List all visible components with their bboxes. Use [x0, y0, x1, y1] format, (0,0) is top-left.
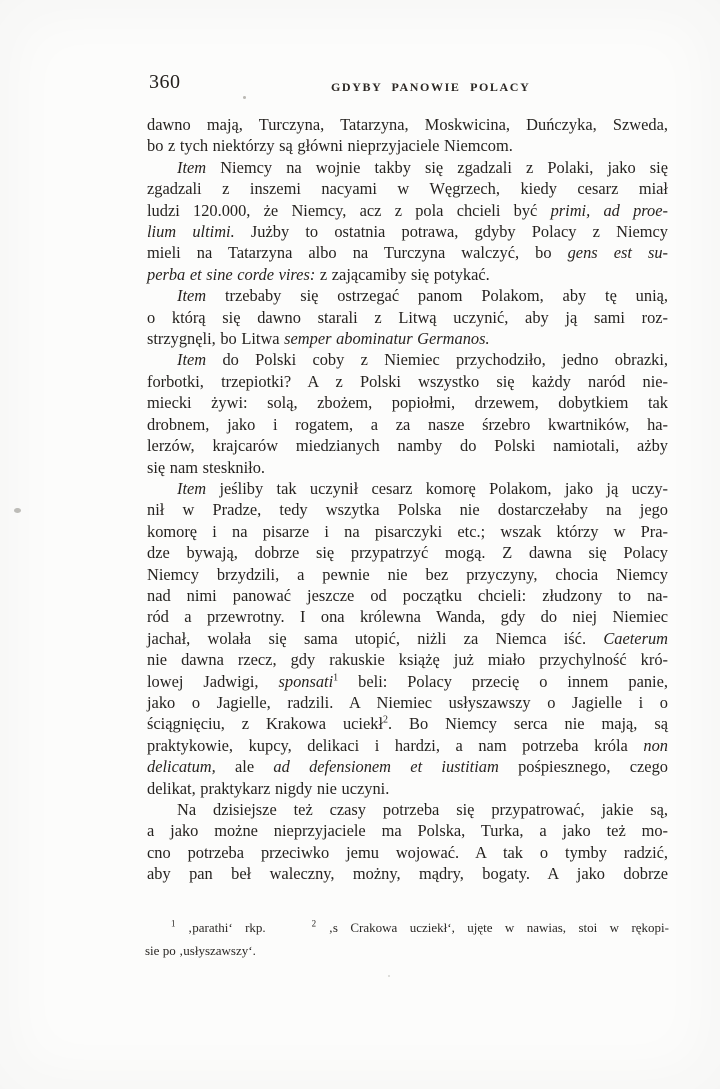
text-run: z zającamiby się potykać. — [315, 265, 489, 284]
text-run: jachał, wolała się sama utopić, niżli za… — [147, 629, 603, 648]
text-line: nił w Pradze, tedy wszytka Polska nie do… — [147, 499, 668, 520]
text-line: dawno mają, Turczyna, Tatarzyna, Moskwic… — [147, 114, 668, 135]
text-run: primi, ad proe- — [551, 201, 668, 220]
text-run: drobnem, jako i rogatem, a za nasze śrze… — [147, 415, 668, 434]
text-line: jachał, wolała się sama utopić, niżli za… — [147, 628, 668, 649]
text-line: a jako możne nieprzyjaciele ma Polska, T… — [147, 820, 668, 841]
text-line: aby pan beł waleczny, możny, mądry, boga… — [147, 863, 668, 884]
text-run: jako o Jagielle, radzili. A Niemiec usły… — [147, 693, 668, 712]
text-run: miecki żywi: solą, zbożem, popiołmi, drz… — [147, 393, 668, 412]
text-run: strzygnęli, bo Litwa — [147, 329, 284, 348]
paragraph-start-line: Item jeśliby tak uczynił cesarz komorę P… — [147, 478, 668, 499]
body-text-block: dawno mają, Turczyna, Tatarzyna, Moskwic… — [147, 114, 668, 885]
text-run: lium ultimi. — [147, 222, 235, 241]
scan-speck — [14, 508, 21, 513]
text-line: lowej Jadwigi, sponsati1 beli: Polacy pr… — [147, 671, 668, 692]
text-line: jako o Jagielle, radzili. A Niemiec usły… — [147, 692, 668, 713]
text-run: lowej Jadwigi, — [147, 672, 279, 691]
text-line: perba et sine corde vires: z zającamiby … — [147, 264, 668, 285]
text-run: praktykowie, kupcy, delikaci i hardzi, a… — [147, 736, 643, 755]
text-run: nie dawna rzecz, gdy rakuskie książę już… — [147, 650, 668, 669]
text-run: Item — [177, 286, 206, 305]
text-run: komorę i na pisarze i na pisarczyki etc.… — [147, 522, 668, 541]
footnote-line: sie po ‚usłyszawszy‘. — [145, 939, 669, 962]
text-run: sie po ‚usłyszawszy‘. — [145, 943, 256, 958]
text-run: ad defensionem et iustitiam — [273, 757, 498, 776]
text-run: Item — [177, 479, 206, 498]
text-run: trzebaby się ostrzegać panom Polakom, ab… — [206, 286, 668, 305]
text-run: ale — [216, 757, 274, 776]
text-run: zgadzali z inszemi nacyami w Węgrzech, k… — [147, 179, 668, 198]
text-run: semper abominatur Germanos. — [284, 329, 489, 348]
text-run: Niemcy na wojnie takby się zgadzali z Po… — [206, 158, 668, 177]
text-run: sponsati — [279, 672, 334, 691]
text-line: praktykowie, kupcy, delikaci i hardzi, a… — [147, 735, 668, 756]
paragraph-start-line: Item Niemcy na wojnie takby się zgadzali… — [147, 157, 668, 178]
page-number: 360 — [149, 71, 181, 94]
text-line: Niemcy brzydzili, a pewnie nie bez przyc… — [147, 564, 668, 585]
text-run: perba et sine corde vires: — [147, 265, 315, 284]
text-line: nie dawna rzecz, gdy rakuskie książę już… — [147, 649, 668, 670]
text-run: pośpiesznego, czego — [499, 757, 668, 776]
text-line: drobnem, jako i rogatem, a za nasze śrze… — [147, 414, 668, 435]
text-run: ród a przewrotny. I ona królewna Wanda, … — [147, 607, 668, 626]
scan-speck — [388, 975, 390, 977]
text-run: się nam steskniło. — [147, 458, 265, 477]
text-run: bo z tych niektórzy są główni nieprzyjac… — [147, 136, 513, 155]
footnotes-block: 1 ‚parathi‘ rkp.2 ‚s Crakowa ucziekł‘, u… — [145, 916, 669, 962]
text-line: się nam steskniło. — [147, 457, 668, 478]
text-run: mieli na Tatarzyna albo na Turczyna walc… — [147, 243, 568, 262]
text-run: nad nimi panować jeszcze od początku chc… — [147, 586, 668, 605]
text-run: a jako możne nieprzyjaciele ma Polska, T… — [147, 821, 668, 840]
scanned-page: 360 GDYBY PANOWIE POLACY dawno mają, Tur… — [0, 0, 720, 1089]
text-run: delikat, praktykarz nigdy nie uczyni. — [147, 779, 389, 798]
text-run: cno potrzeba przeciwko jemu wojować. A t… — [147, 843, 668, 862]
text-run: . Bo Niemcy serca nie mają, są — [388, 714, 668, 733]
text-run: non — [643, 736, 668, 755]
text-line: nad nimi panować jeszcze od początku chc… — [147, 585, 668, 606]
text-line: ściągnięciu, z Krakowa uciekł2. Bo Niemc… — [147, 713, 668, 734]
text-line: delikat, praktykarz nigdy nie uczyni. — [147, 778, 668, 799]
text-line: o którą się dawno starali z Litwą uczyni… — [147, 307, 668, 328]
text-line: komorę i na pisarze i na pisarczyki etc.… — [147, 521, 668, 542]
text-run: jeśliby tak uczynił cesarz komorę Polako… — [206, 479, 668, 498]
text-run: Caeterum — [603, 629, 668, 648]
text-run: delicatum, — [147, 757, 216, 776]
text-run: ‚s Crakowa ucziekł‘, ujęte w nawias, sto… — [316, 920, 669, 935]
text-run: nił w Pradze, tedy wszytka Polska nie do… — [147, 500, 668, 519]
text-line: lerzów, krajcarów miedzianych namby do P… — [147, 435, 668, 456]
text-run: Na dzisiejsze też czasy potrzeba się prz… — [177, 800, 668, 819]
paragraph-start-line: Item do Polski coby z Niemiec przychodzi… — [147, 349, 668, 370]
text-line: ludzi 120.000, że Niemcy, acz z pola chc… — [147, 200, 668, 221]
scan-speck — [243, 96, 246, 99]
text-run: forbotki, trzepiotki? A z Polski wszystk… — [147, 372, 668, 391]
text-run: dze bywają, dobrze się przypatrzyć mogą.… — [147, 543, 668, 562]
text-line: forbotki, trzepiotki? A z Polski wszystk… — [147, 371, 668, 392]
text-line: ród a przewrotny. I ona królewna Wanda, … — [147, 606, 668, 627]
paragraph-start-line: 1 ‚parathi‘ rkp.2 ‚s Crakowa ucziekł‘, u… — [145, 916, 669, 939]
text-line: bo z tych niektórzy są główni nieprzyjac… — [147, 135, 668, 156]
paragraph-start-line: Na dzisiejsze też czasy potrzeba się prz… — [147, 799, 668, 820]
text-run: dawno mają, Turczyna, Tatarzyna, Moskwic… — [147, 115, 668, 134]
text-run: ludzi 120.000, że Niemcy, acz z pola chc… — [147, 201, 551, 220]
text-run: Item — [177, 350, 206, 369]
text-line: strzygnęli, bo Litwa semper abominatur G… — [147, 328, 668, 349]
text-run: Jużby to ostatnia potrawa, gdyby Polacy … — [235, 222, 668, 241]
text-run: Niemcy brzydzili, a pewnie nie bez przyc… — [147, 565, 668, 584]
text-run: aby pan beł waleczny, możny, mądry, boga… — [147, 864, 668, 883]
text-run: do Polski coby z Niemiec przychodziło, j… — [206, 350, 668, 369]
paragraph-start-line: Item trzebaby się ostrzegać panom Polako… — [147, 285, 668, 306]
text-line: dze bywają, dobrze się przypatrzyć mogą.… — [147, 542, 668, 563]
text-line: miecki żywi: solą, zbożem, popiołmi, drz… — [147, 392, 668, 413]
text-run: ‚parathi‘ rkp. — [176, 920, 266, 935]
running-header: GDYBY PANOWIE POLACY — [331, 80, 530, 95]
text-line: zgadzali z inszemi nacyami w Węgrzech, k… — [147, 178, 668, 199]
text-line: cno potrzeba przeciwko jemu wojować. A t… — [147, 842, 668, 863]
text-run: gens est su- — [568, 243, 668, 262]
text-run: lerzów, krajcarów miedzianych namby do P… — [147, 436, 668, 455]
text-run: beli: Polacy przecię o innem panie, — [338, 672, 668, 691]
text-run: o którą się dawno starali z Litwą uczyni… — [147, 308, 668, 327]
text-run: ściągnięciu, z Krakowa uciekł — [147, 714, 383, 733]
text-line: delicatum, ale ad defensionem et iustiti… — [147, 756, 668, 777]
text-line: lium ultimi. Jużby to ostatnia potrawa, … — [147, 221, 668, 242]
text-run: Item — [177, 158, 206, 177]
text-line: mieli na Tatarzyna albo na Turczyna walc… — [147, 242, 668, 263]
